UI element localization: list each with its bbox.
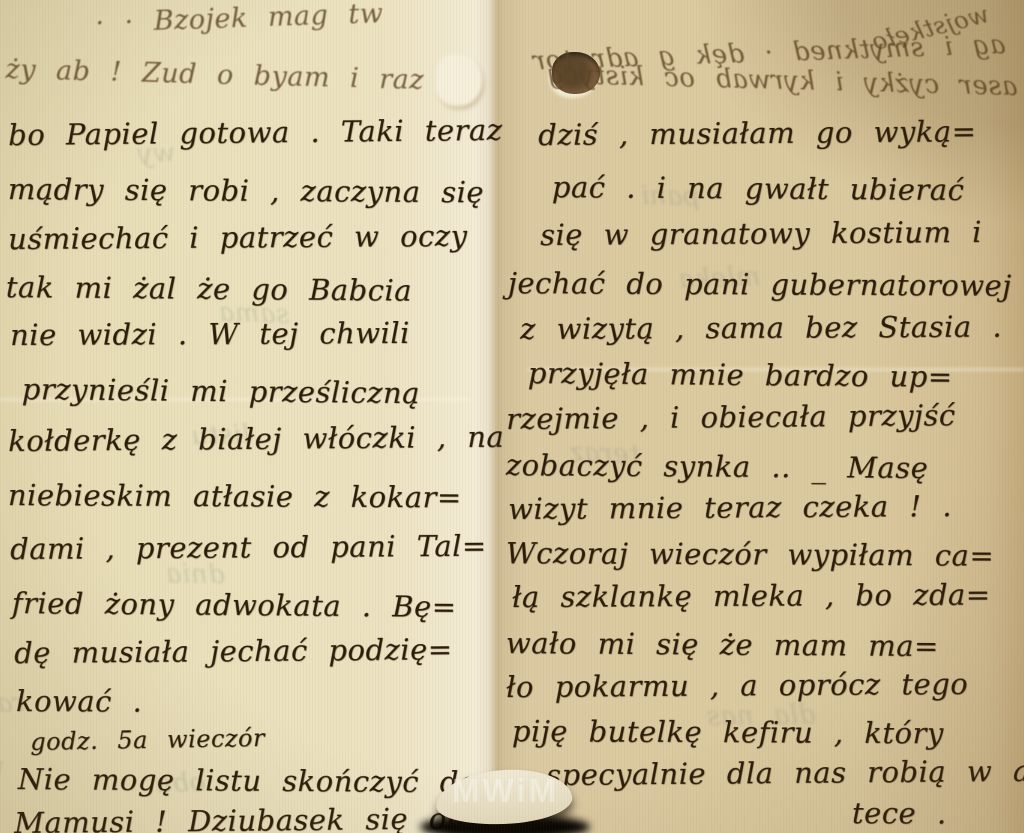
handwritten-line: specyalnie dla nas robią w ap: bbox=[546, 754, 1024, 792]
handwritten-line: zobaczyć synka .. _ Masę bbox=[506, 448, 929, 485]
handwritten-line: Wczoraj wieczór wypiłam ca= bbox=[506, 536, 994, 573]
handwritten-line: z wizytą , sama bez Stasia . bbox=[520, 309, 1002, 346]
handwritten-line: dę musiała jechać podzię= bbox=[14, 632, 453, 670]
handwritten-line: tece . bbox=[852, 796, 947, 830]
handwritten-line: godz. 5a wieczór bbox=[30, 724, 265, 756]
handwritten-line: uśmiechać i patrzeć w oczy bbox=[8, 219, 468, 256]
handwritten-line: się w granatowy kostium i bbox=[540, 215, 982, 252]
letter-photo: wy sama listu dnia rano w dzień obu pani… bbox=[0, 0, 1024, 833]
handwritten-line: Nie mogę listu skończyć do bbox=[18, 762, 477, 799]
handwritten-line: kołderkę z białej włóczki , na bbox=[8, 420, 504, 458]
handwritten-line: przynieśli mi prześliczną bbox=[22, 372, 420, 410]
handwritten-line: wizyt mnie teraz czeka ! . bbox=[508, 489, 952, 526]
handwritten-line: rzejmie , i obiecała przyjść bbox=[506, 398, 956, 436]
paper-scuff bbox=[436, 54, 482, 106]
handwritten-line: tak mi żal że go Babcia bbox=[6, 270, 412, 308]
handwritten-line: fried żony adwokata . Bę= bbox=[12, 586, 457, 624]
handwritten-line: mądry się robi , zaczyna się bbox=[8, 172, 484, 209]
handwritten-line: jechać do pani gubernatorowej bbox=[508, 266, 1012, 303]
handwritten-line: dziś , musiałam go wyką= bbox=[538, 114, 977, 152]
handwritten-line: Mamusi ! Dziubasek się obu bbox=[14, 801, 485, 833]
handwritten-line: piję butelkę kefiru , który bbox=[512, 714, 944, 750]
handwritten-line: łą szklankę mleka , bo zda= bbox=[512, 577, 991, 614]
handwritten-line: niebieskim atłasie z kokar= bbox=[8, 478, 462, 514]
handwritten-line: kować . bbox=[16, 684, 142, 718]
handwritten-line: dami , prezent od pani Tal= bbox=[10, 529, 487, 566]
watermark: MWiM bbox=[452, 772, 559, 810]
handwritten-line: nie widzi . W tej chwili bbox=[10, 316, 410, 352]
handwritten-line: wało mi się że mam ma= bbox=[506, 626, 939, 663]
handwritten-line: pać . i na gwałt ubierać bbox=[552, 170, 965, 207]
handwritten-line: bo Papiel gotowa . Taki teraz bbox=[8, 113, 503, 152]
handwritten-line: przyjęła mnie bardzo up= bbox=[528, 356, 953, 394]
handwritten-line: ło pokarmu , a oprócz tego bbox=[506, 667, 968, 704]
